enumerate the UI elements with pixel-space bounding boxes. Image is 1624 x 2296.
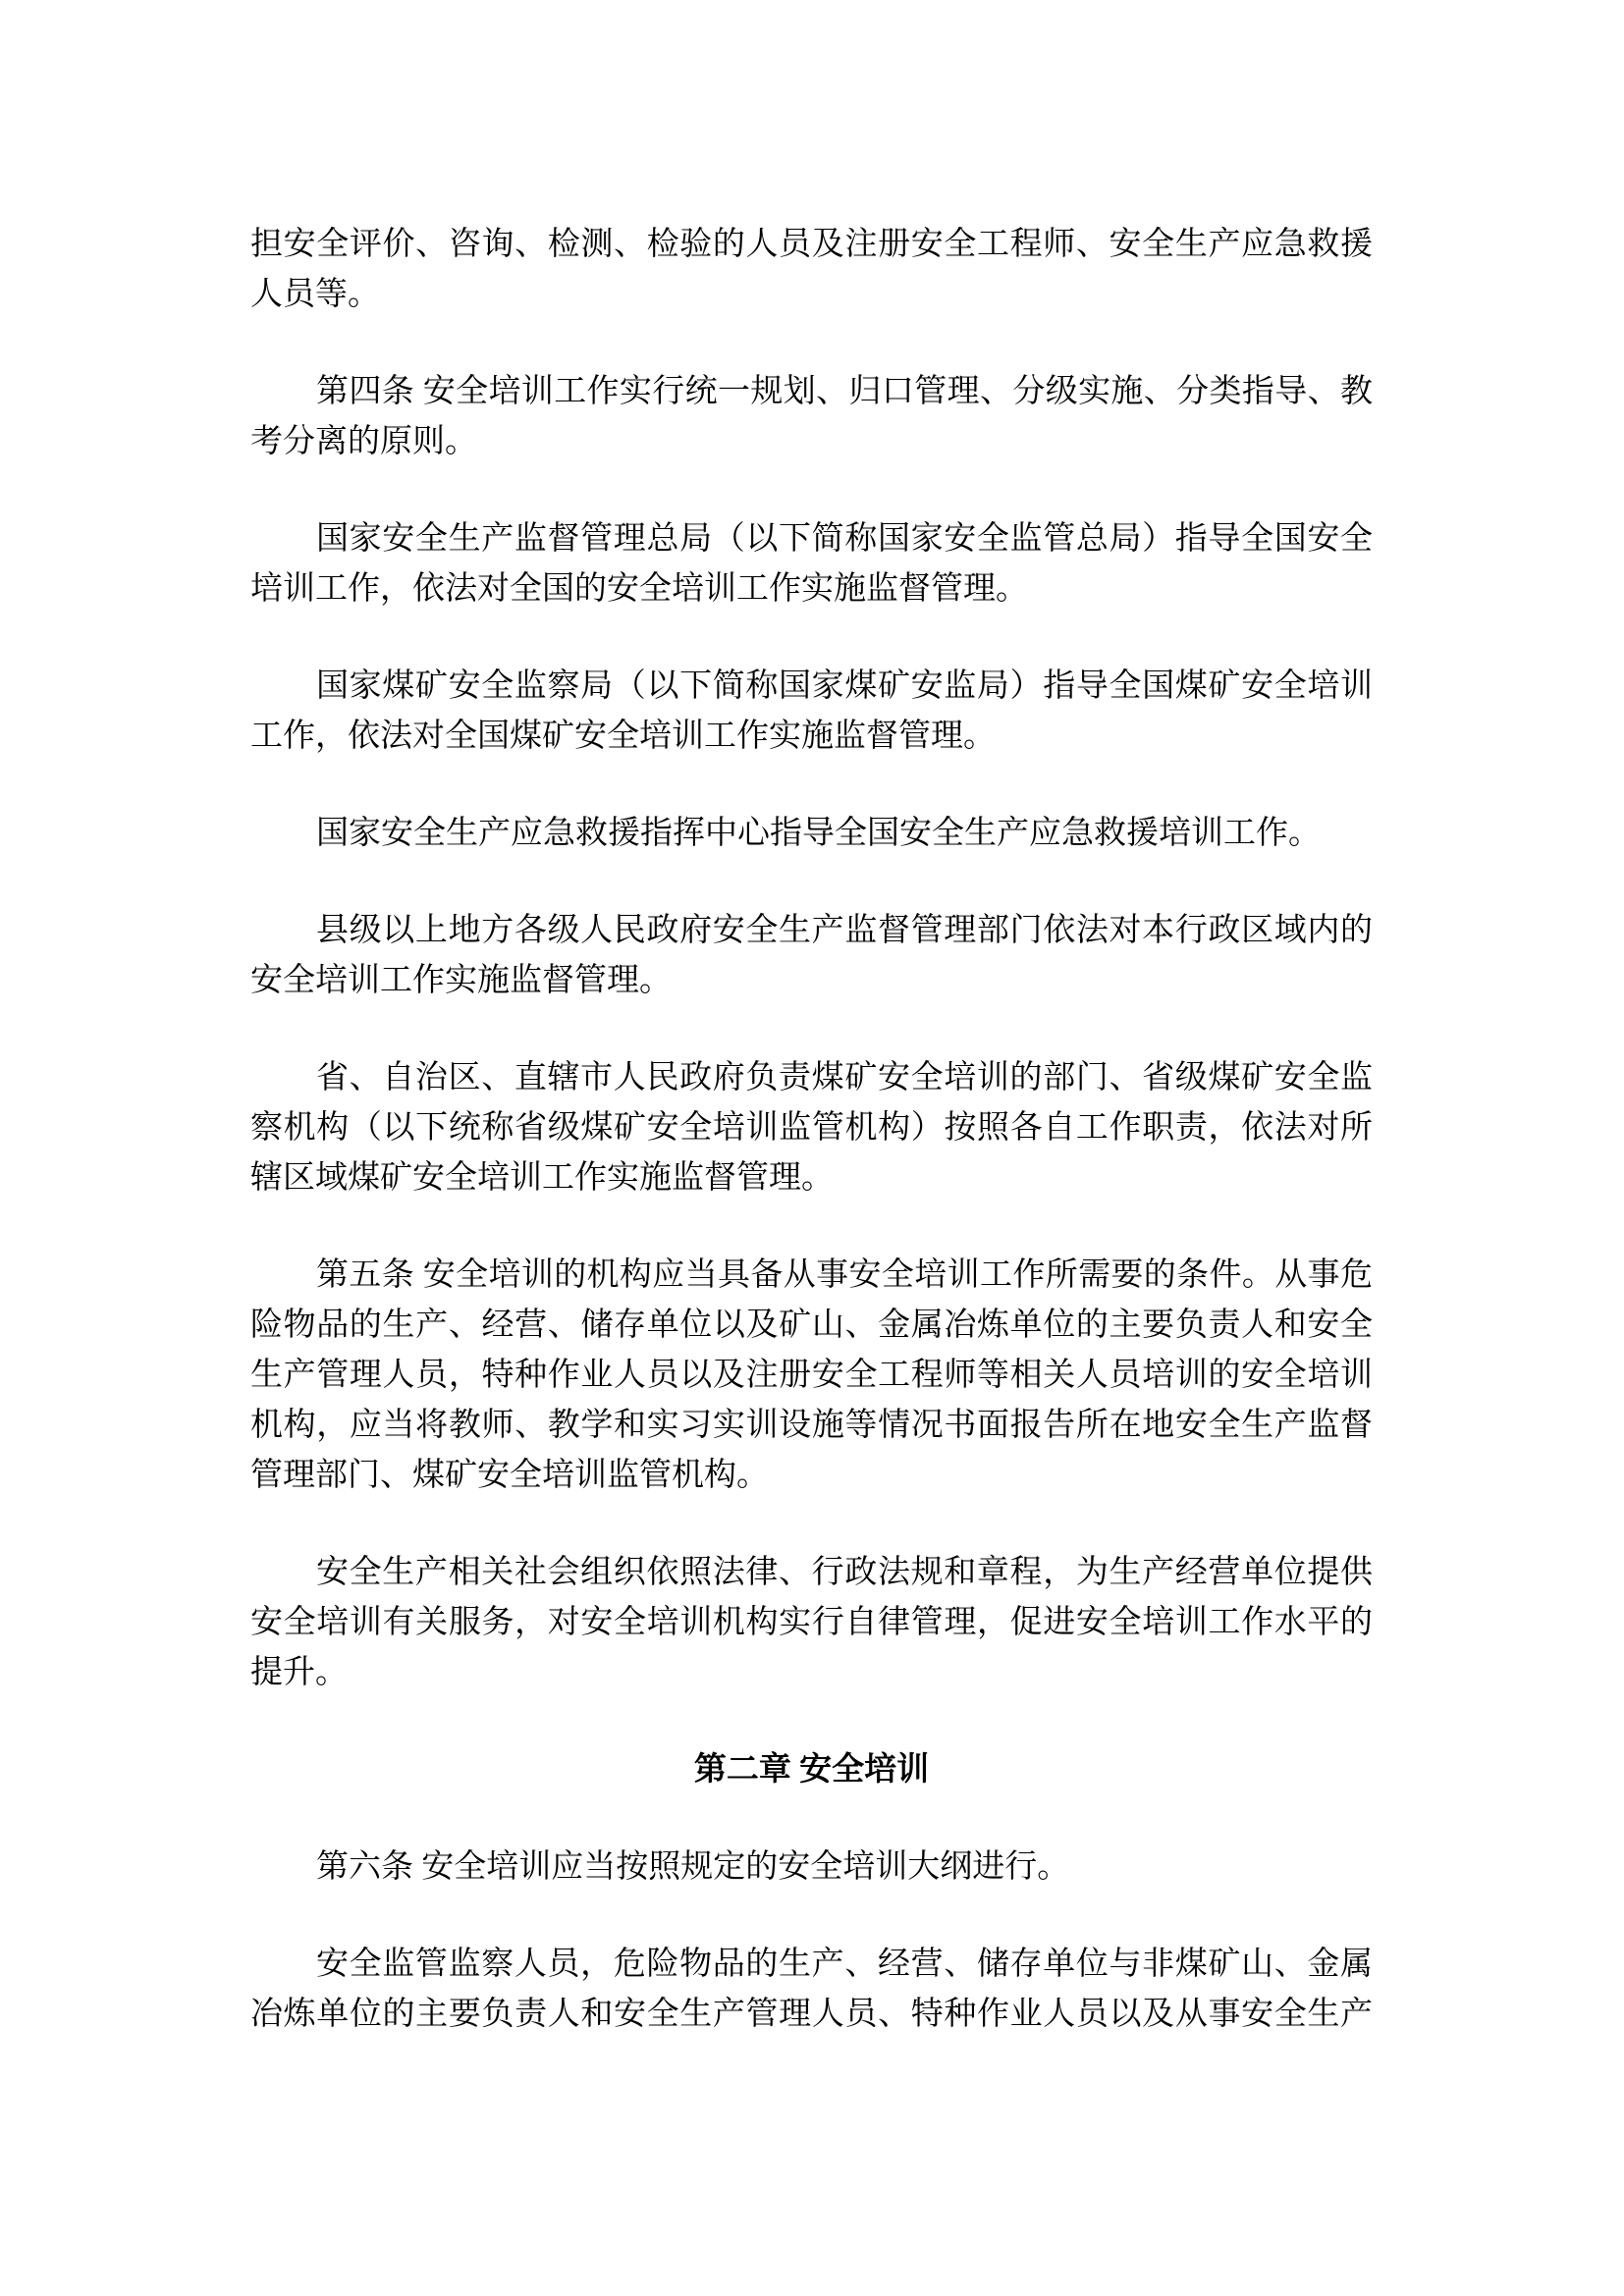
text-line: 提升。 xyxy=(250,1648,1373,1698)
text-line: 险物品的生产、经营、储存单位以及矿山、金属冶炼单位的主要负责人和安全 xyxy=(250,1301,1373,1351)
paragraph: 国家安全生产监督管理总局（以下简称国家安全监管总局）指导全国安全培训工作，依法对… xyxy=(250,514,1373,614)
text-line: 第四条 安全培训工作实行统一规划、归口管理、分级实施、分类指导、教 xyxy=(250,367,1373,417)
text-line: 冶炼单位的主要负责人和安全生产管理人员、特种作业人员以及从事安全生产 xyxy=(250,1990,1373,2040)
text-line: 管理部门、煤矿安全培训监管机构。 xyxy=(250,1451,1373,1501)
paragraph: 安全生产相关社会组织依照法律、行政法规和章程，为生产经营单位提供安全培训有关服务… xyxy=(250,1548,1373,1698)
paragraph: 第六条 安全培训应当按照规定的安全培训大纲进行。 xyxy=(250,1842,1373,1893)
paragraph: 国家煤矿安全监察局（以下简称国家煤矿安监局）指导全国煤矿安全培训工作，依法对全国… xyxy=(250,662,1373,762)
text-line: 县级以上地方各级人民政府安全生产监督管理部门依法对本行政区域内的 xyxy=(250,906,1373,956)
paragraph: 担安全评价、咨询、检测、检验的人员及注册安全工程师、安全生产应急救援人员等。 xyxy=(250,220,1373,320)
text-line: 机构，应当将教师、教学和实习实训设施等情况书面报告所在地安全生产监督 xyxy=(250,1401,1373,1451)
text-line: 安全监管监察人员，危险物品的生产、经营、储存单位与非煤矿山、金属 xyxy=(250,1940,1373,1990)
chapter-heading: 第二章 安全培训 xyxy=(250,1745,1373,1795)
paragraph: 县级以上地方各级人民政府安全生产监督管理部门依法对本行政区域内的安全培训工作实施… xyxy=(250,906,1373,1006)
text-line: 培训工作，依法对全国的安全培训工作实施监督管理。 xyxy=(250,564,1373,614)
text-line: 安全生产相关社会组织依照法律、行政法规和章程，为生产经营单位提供 xyxy=(250,1548,1373,1598)
text-line: 安全培训工作实施监督管理。 xyxy=(250,956,1373,1006)
text-line: 省、自治区、直辖市人民政府负责煤矿安全培训的部门、省级煤矿安全监 xyxy=(250,1053,1373,1103)
document-page: 担安全评价、咨询、检测、检验的人员及注册安全工程师、安全生产应急救援人员等。第四… xyxy=(0,0,1624,2296)
paragraph: 省、自治区、直辖市人民政府负责煤矿安全培训的部门、省级煤矿安全监察机构（以下统称… xyxy=(250,1053,1373,1203)
text-line: 安全培训有关服务，对安全培训机构实行自律管理，促进安全培训工作水平的 xyxy=(250,1598,1373,1648)
chapter-heading-text: 第二章 安全培训 xyxy=(250,1745,1373,1795)
text-line: 工作，依法对全国煤矿安全培训工作实施监督管理。 xyxy=(250,712,1373,762)
text-line: 国家煤矿安全监察局（以下简称国家煤矿安监局）指导全国煤矿安全培训 xyxy=(250,662,1373,712)
text-line: 辖区域煤矿安全培训工作实施监督管理。 xyxy=(250,1153,1373,1203)
text-line: 察机构（以下统称省级煤矿安全培训监管机构）按照各自工作职责，依法对所 xyxy=(250,1103,1373,1153)
document-body: 担安全评价、咨询、检测、检验的人员及注册安全工程师、安全生产应急救援人员等。第四… xyxy=(250,220,1373,2040)
text-line: 生产管理人员，特种作业人员以及注册安全工程师等相关人员培训的安全培训 xyxy=(250,1351,1373,1401)
text-line: 国家安全生产监督管理总局（以下简称国家安全监管总局）指导全国安全 xyxy=(250,514,1373,564)
text-line: 人员等。 xyxy=(250,270,1373,320)
paragraph: 第五条 安全培训的机构应当具备从事安全培训工作所需要的条件。从事危险物品的生产、… xyxy=(250,1251,1373,1501)
text-line: 第六条 安全培训应当按照规定的安全培训大纲进行。 xyxy=(250,1842,1373,1893)
text-line: 考分离的原则。 xyxy=(250,417,1373,467)
text-line: 第五条 安全培训的机构应当具备从事安全培训工作所需要的条件。从事危 xyxy=(250,1251,1373,1301)
paragraph: 安全监管监察人员，危险物品的生产、经营、储存单位与非煤矿山、金属冶炼单位的主要负… xyxy=(250,1940,1373,2040)
text-line: 担安全评价、咨询、检测、检验的人员及注册安全工程师、安全生产应急救援 xyxy=(250,220,1373,270)
text-line: 国家安全生产应急救援指挥中心指导全国安全生产应急救援培训工作。 xyxy=(250,809,1373,859)
paragraph: 第四条 安全培训工作实行统一规划、归口管理、分级实施、分类指导、教考分离的原则。 xyxy=(250,367,1373,467)
paragraph: 国家安全生产应急救援指挥中心指导全国安全生产应急救援培训工作。 xyxy=(250,809,1373,859)
